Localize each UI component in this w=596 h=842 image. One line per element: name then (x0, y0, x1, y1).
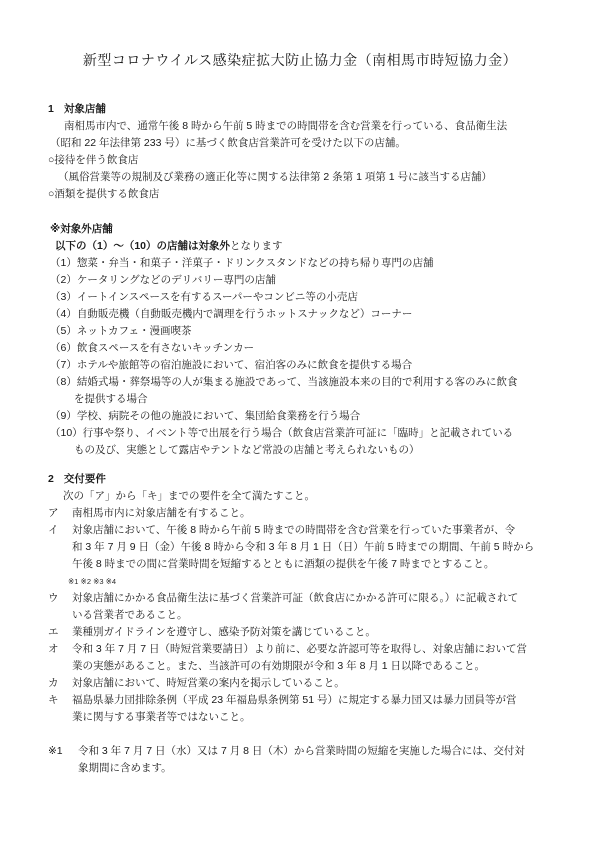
document-title: 新型コロナウイルス感染症拡大防止協力金（南相馬市時短協力金） (48, 50, 552, 70)
requirement-a-line: 南相馬市内に対象店舗を有すること。 (72, 505, 552, 522)
requirement-o-label: オ (48, 641, 72, 658)
footnote-1-label: ※1 (48, 743, 78, 760)
requirement-ki-label: キ (48, 692, 72, 709)
section1-intro-line: 南相馬市内で、通常午後 8 時から午前 5 時までの時間帯を含む営業を行っている… (64, 118, 552, 135)
requirement-e-body: 業種別ガイドラインを遵守し、感染予防対策を講じていること。 (72, 624, 552, 641)
exclusion-heading: ※対象外店舗 (50, 221, 552, 238)
requirement-i-body: 対象店舗において、午後 8 時から午前 5 時までの時間帯を含む営業を行っていた… (72, 522, 552, 590)
requirement-u-line: いる営業者であること。 (72, 607, 552, 624)
exclusion-item-8-wrap: を提供する場合 (74, 391, 552, 408)
requirement-ka-line: 対象店舗において、時短営業の案内を掲示していること。 (72, 675, 552, 692)
requirement-u-label: ウ (48, 590, 72, 607)
section1-intro-line: （昭和 22 年法律第 233 号）に基づく飲食店営業許可を受けた以下の店舗。 (50, 135, 552, 152)
exclusion-item-9: （9）学校、病院その他の施設において、集団給食業務を行う場合 (50, 408, 552, 425)
exclusion-item-4: （4）自動販売機（自動販売機内で調理を行うホットスナックなど）コーナー (50, 306, 552, 323)
footnote-1-line: 象期間に含めます。 (78, 760, 552, 777)
section1-heading: 1対象店舗 (48, 101, 552, 118)
requirement-a: ア 南相馬市内に対象店舗を有すること。 (48, 505, 552, 522)
requirement-ki-body: 福島県暴力団排除条例（平成 23 年福島県条例第 51 号）に規定する暴力団又は… (72, 692, 552, 726)
exclusion-item-8: （8）結婚式場・葬祭場等の人が集まる施設であって、当該施設本来の目的で利用する客… (50, 374, 552, 391)
circle-item-alcohol: ○酒類を提供する飲食店 (48, 186, 552, 203)
section2-heading-text: 交付要件 (64, 473, 106, 485)
requirement-e: エ 業種別ガイドラインを遵守し、感染予防対策を講じていること。 (48, 624, 552, 641)
exclusion-lead: 以下の（1）～（10）の店舗は対象外となります (55, 238, 552, 255)
section1-heading-text: 対象店舗 (64, 103, 106, 115)
requirement-e-label: エ (48, 624, 72, 641)
requirement-u: ウ 対象店舗にかかる食品衛生法に基づく営業許可証（飲食店にかかる許可に限る。）に… (48, 590, 552, 624)
footnote-1-body: 令和 3 年 7 月 7 日（水）又は 7 月 8 日（木）から営業時間の短縮を… (78, 743, 552, 777)
requirement-ka-label: カ (48, 675, 72, 692)
requirement-a-body: 南相馬市内に対象店舗を有すること。 (72, 505, 552, 522)
section2-intro: 次の「ア」から「キ」までの要件を全て満たすこと。 (63, 488, 552, 505)
exclusion-item-3: （3）イートインスペースを有するスーパーやコンビニ等の小売店 (50, 289, 552, 306)
requirement-ka: カ 対象店舗において、時短営業の案内を掲示していること。 (48, 675, 552, 692)
section2-number: 2 (48, 473, 54, 485)
requirement-o: オ 令和 3 年 7 月 7 日（時短営業要請日）より前に、必要な許認可等を取得… (48, 641, 552, 675)
requirement-i-line: 午後 8 時までの間に営業時間を短縮するとともに酒類の提供を午後 7 時までとす… (72, 556, 552, 573)
section2-heading: 2交付要件 (48, 471, 552, 488)
requirement-o-body: 令和 3 年 7 月 7 日（時短営業要請日）より前に、必要な許認可等を取得し、… (72, 641, 552, 675)
requirement-i-footnote-refs: ※1 ※2 ※3 ※4 (68, 573, 552, 590)
requirement-i-line: 対象店舗において、午後 8 時から午前 5 時までの時間帯を含む営業を行っていた… (72, 522, 552, 539)
requirement-i: イ 対象店舗において、午後 8 時から午前 5 時までの時間帯を含む営業を行って… (48, 522, 552, 590)
requirement-u-body: 対象店舗にかかる食品衛生法に基づく営業許可証（飲食店にかかる許可に限る。）に記載… (72, 590, 552, 624)
requirement-ka-body: 対象店舗において、時短営業の案内を掲示していること。 (72, 675, 552, 692)
requirements-list: ア 南相馬市内に対象店舗を有すること。 イ 対象店舗において、午後 8 時から午… (48, 505, 552, 726)
footnote-1-line: 令和 3 年 7 月 7 日（水）又は 7 月 8 日（木）から営業時間の短縮を… (78, 743, 552, 760)
exclusion-item-7: （7）ホテルや旅館等の宿泊施設において、宿泊客のみに飲食を提供する場合 (50, 357, 552, 374)
requirement-e-line: 業種別ガイドラインを遵守し、感染予防対策を講じていること。 (72, 624, 552, 641)
requirement-a-label: ア (48, 505, 72, 522)
requirement-o-line: 業の実態があること。また、当該許可の有効期限が令和 3 年 8 月 1 日以降で… (72, 658, 552, 675)
exclusion-item-5: （5）ネットカフェ・漫画喫茶 (50, 323, 552, 340)
footnote-1: ※1 令和 3 年 7 月 7 日（水）又は 7 月 8 日（木）から営業時間の… (48, 743, 552, 777)
exclusion-list: （1）惣菜・弁当・和菓子・洋菓子・ドリンクスタンドなどの持ち帰り専門の店舗 （2… (48, 255, 552, 459)
requirement-u-line: 対象店舗にかかる食品衛生法に基づく営業許可証（飲食店にかかる許可に限る。）に記載… (72, 590, 552, 607)
exclusion-item-6: （6）飲食スペースを有さないキッチンカー (50, 340, 552, 357)
circle-item-entertainment: ○接待を伴う飲食店 (48, 152, 552, 169)
requirement-i-line: 和 3 年 7 月 9 日（金）午後 8 時から令和 3 年 8 月 1 日（日… (72, 539, 552, 556)
document-content: 新型コロナウイルス感染症拡大防止協力金（南相馬市時短協力金） 1対象店舗 南相馬… (0, 0, 596, 777)
exclusion-item-10: （10）行事や祭り、イベント等で出展を行う場合（飲食店営業許可証に「臨時」と記載… (50, 425, 552, 442)
exclusion-item-1: （1）惣菜・弁当・和菓子・洋菓子・ドリンクスタンドなどの持ち帰り専門の店舗 (50, 255, 552, 272)
requirement-o-line: 令和 3 年 7 月 7 日（時短営業要請日）より前に、必要な許認可等を取得し、… (72, 641, 552, 658)
requirement-ki: キ 福島県暴力団排除条例（平成 23 年福島県条例第 51 号）に規定する暴力団… (48, 692, 552, 726)
section1-number: 1 (48, 103, 54, 115)
circle-item-entertainment-note: （風俗営業等の規制及び業務の適正化等に関する法律第 2 条第 1 項第 1 号に… (58, 169, 552, 186)
exclusion-item-10-wrap: もの及び、実態として露店やテントなど常設の店舗と考えられないもの） (74, 442, 552, 459)
exclusion-lead-bold: 以下の（1）～（10）の店舗は対象外 (55, 240, 230, 252)
requirement-ki-line: 福島県暴力団排除条例（平成 23 年福島県条例第 51 号）に規定する暴力団又は… (72, 692, 552, 709)
requirement-ki-line: 業に関与する事業者等ではないこと。 (72, 709, 552, 726)
requirement-i-label: イ (48, 522, 72, 539)
exclusion-item-2: （2）ケータリングなどのデリバリー専門の店舗 (50, 272, 552, 289)
exclusion-lead-rest: となります (230, 240, 283, 252)
document-page: 新型コロナウイルス感染症拡大防止協力金（南相馬市時短協力金） 1対象店舗 南相馬… (0, 0, 596, 842)
